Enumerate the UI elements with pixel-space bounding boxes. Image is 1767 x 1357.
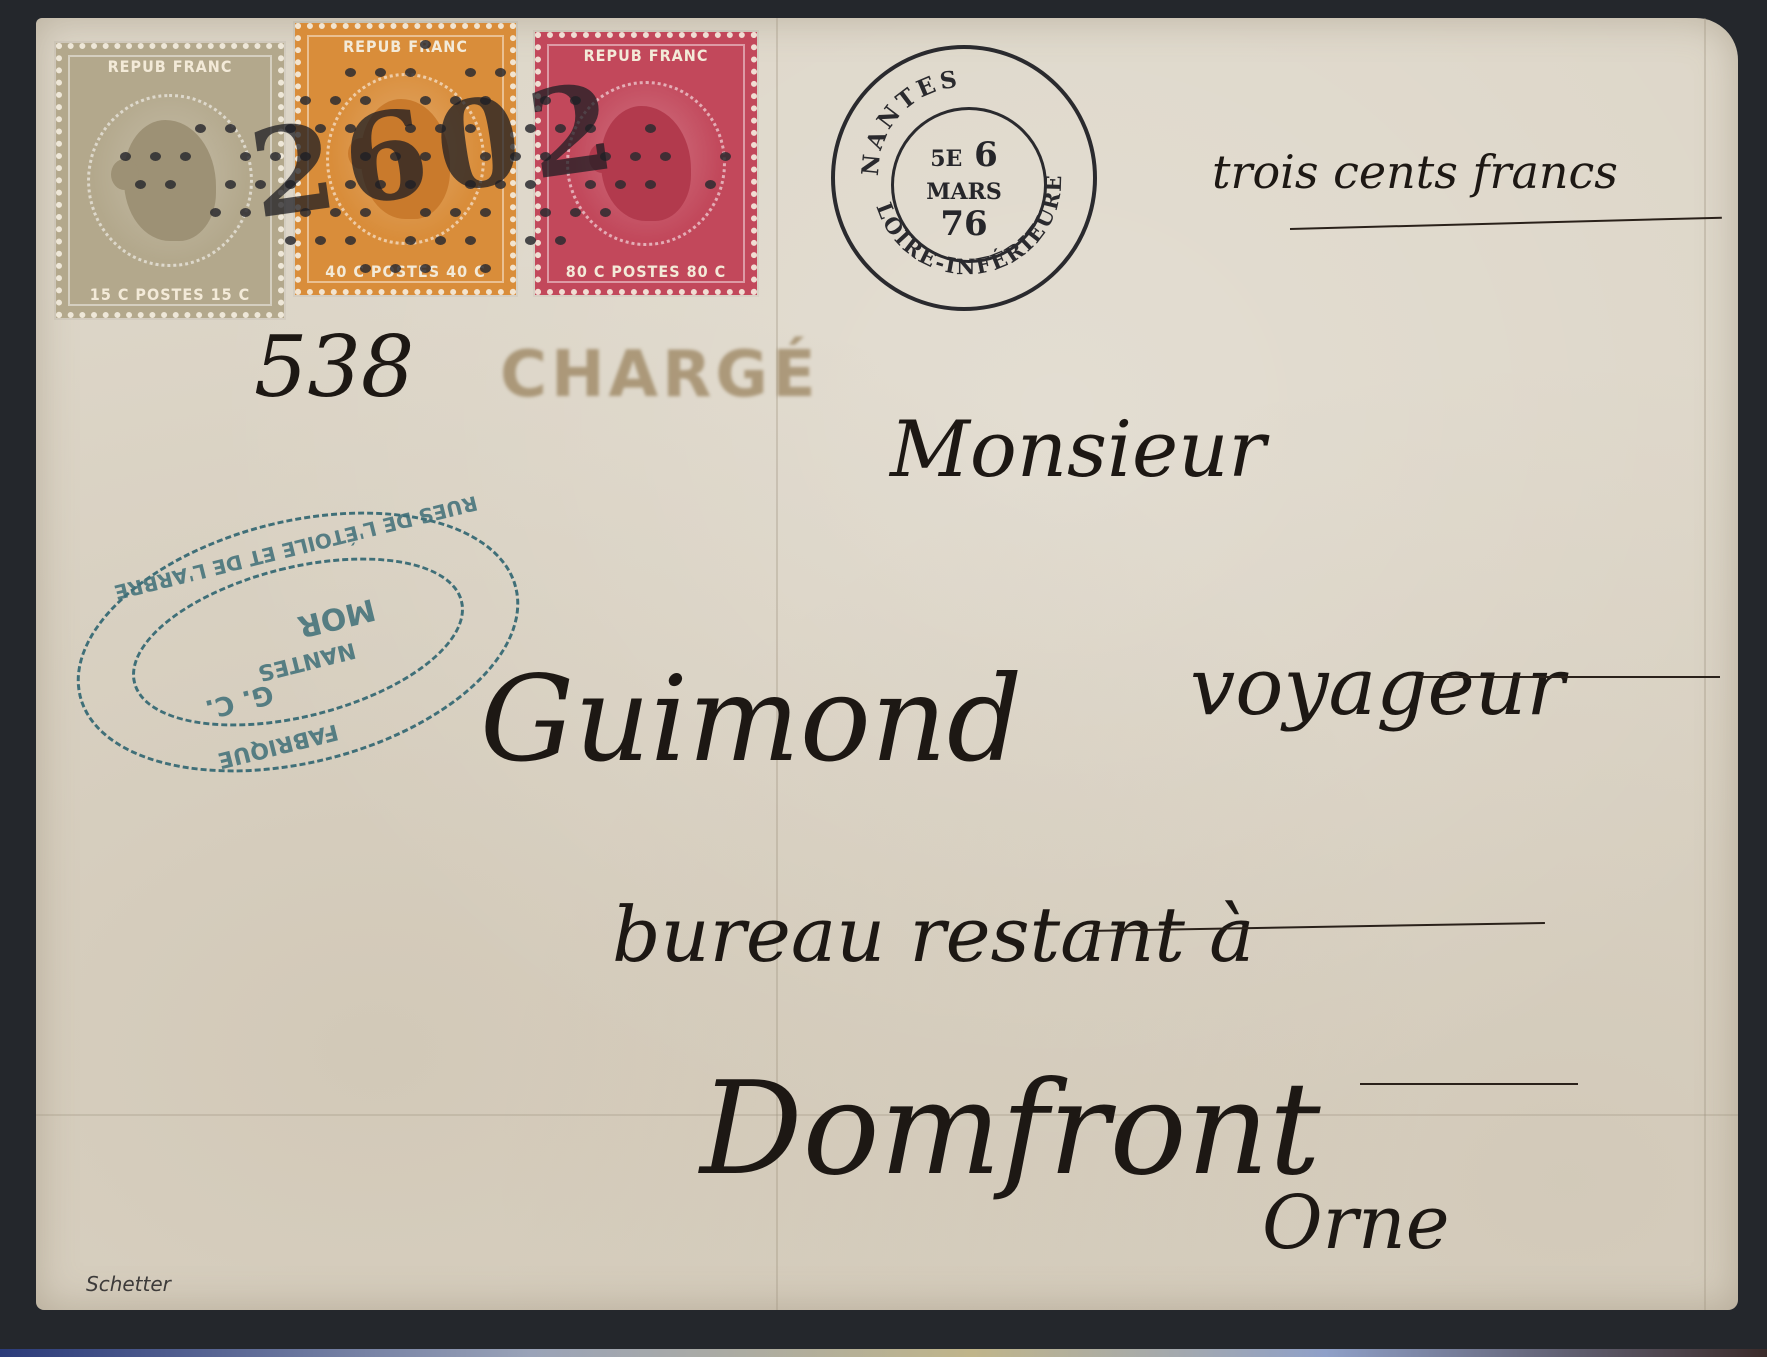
nantes-postmark: NANTES LOIRE-INFÉRIEURE 5E 6 MARS 76 xyxy=(831,45,1097,311)
scanner-artifact xyxy=(0,1349,1767,1357)
cancel-dot xyxy=(480,264,491,273)
cancel-dot xyxy=(210,208,221,217)
cancel-dot xyxy=(720,152,731,161)
cancel-dot xyxy=(390,264,401,273)
cancel-dot xyxy=(555,236,566,245)
cancel-dot xyxy=(645,180,656,189)
cancel-dot xyxy=(435,236,446,245)
expert-signature: Schetter xyxy=(86,1272,171,1296)
stamp-bottom-label: 15 C POSTES 15 C xyxy=(90,285,250,304)
cancel-dot xyxy=(345,68,356,77)
stamp-top-label: REPUB FRANC xyxy=(108,57,233,76)
cancel-dot xyxy=(420,40,431,49)
cancel-dot xyxy=(345,236,356,245)
cancel-dot xyxy=(405,68,416,77)
cancel-dot xyxy=(180,152,191,161)
cancel-dot xyxy=(360,264,371,273)
cancel-dot xyxy=(240,208,251,217)
cancel-dot xyxy=(705,180,716,189)
cancel-dot xyxy=(660,152,671,161)
charge-handstamp: CHARGÉ xyxy=(500,338,820,412)
cancel-dot xyxy=(195,124,206,133)
stamp-top-label: REPUB FRANC xyxy=(343,37,468,56)
cancel-dot xyxy=(570,208,581,217)
postmark-year: 76 xyxy=(835,204,1093,244)
cancel-dot xyxy=(225,180,236,189)
address-salutation: Monsieur xyxy=(890,405,1266,495)
postmark-month: MARS xyxy=(835,179,1093,205)
cancel-dot xyxy=(465,236,476,245)
postmark-day: 6 xyxy=(974,135,998,175)
occupation-underline xyxy=(1420,676,1720,678)
cancel-dot xyxy=(405,236,416,245)
stamp-bottom-label: 40 C POSTES 40 C xyxy=(325,262,485,281)
city-underline xyxy=(1360,1083,1578,1085)
declared-value: trois cents francs xyxy=(1212,145,1618,199)
cancel-dot xyxy=(135,180,146,189)
address-city: Domfront xyxy=(700,1055,1321,1204)
address-occupation: voyageur xyxy=(1190,640,1565,733)
fold-line xyxy=(1704,18,1706,1310)
address-line3: bureau restant à xyxy=(612,890,1254,979)
cancel-dot xyxy=(600,208,611,217)
cancel-dot xyxy=(540,208,551,217)
stamp-bottom-label: 80 C POSTES 80 C xyxy=(566,262,726,281)
postmark-collection: 5E xyxy=(930,146,962,172)
cancel-dot xyxy=(420,264,431,273)
cancel-dot xyxy=(645,124,656,133)
registration-number: 538 xyxy=(254,318,414,416)
address-name: Guimond xyxy=(480,650,1022,788)
cancel-dot xyxy=(225,124,236,133)
cancel-dot xyxy=(165,180,176,189)
cancel-dot xyxy=(150,152,161,161)
cancel-dot xyxy=(630,152,641,161)
cancel-dot xyxy=(120,152,131,161)
cancel-dot xyxy=(375,68,386,77)
cancel-dot xyxy=(525,236,536,245)
address-department: Orne xyxy=(1262,1180,1450,1266)
